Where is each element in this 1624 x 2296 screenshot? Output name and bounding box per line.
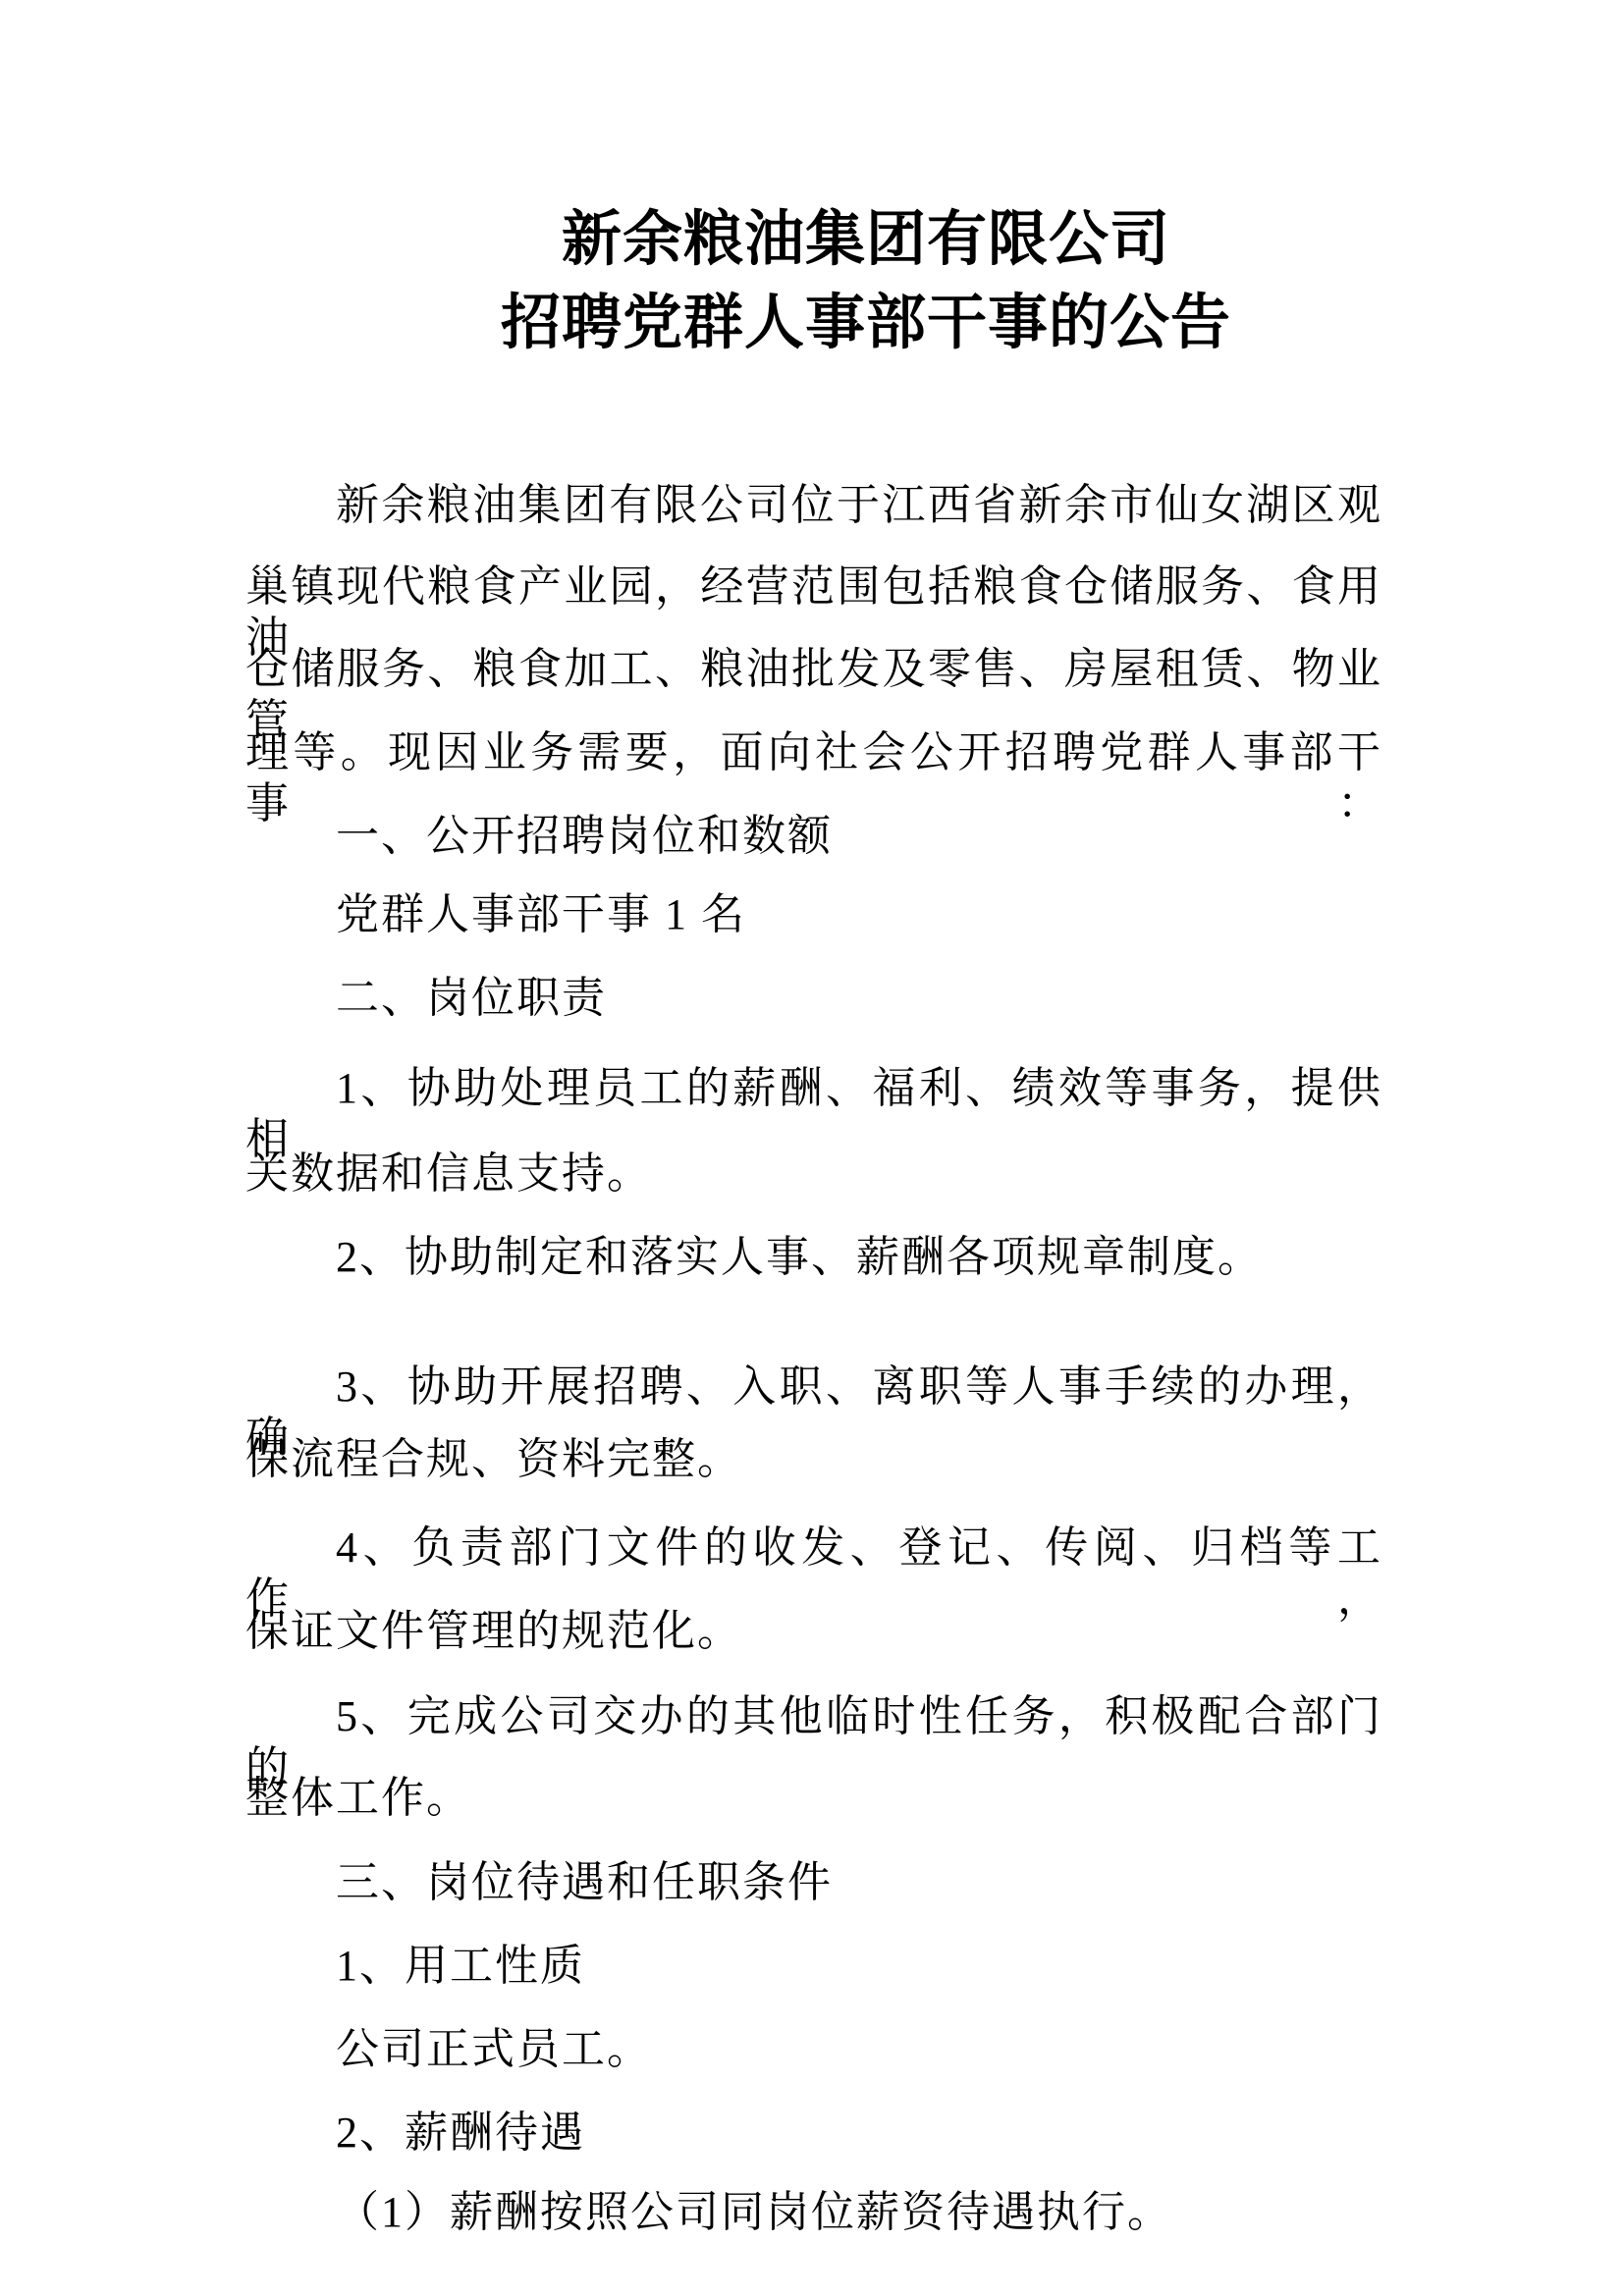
body-line-17: 三、岗位待遇和任职条件 bbox=[245, 1857, 1382, 1908]
body-line-21: （1）薪酬按照公司同岗位薪资待遇执行。 bbox=[245, 2187, 1382, 2238]
body-line-18: 1、用工性质 bbox=[245, 1941, 1382, 1992]
body-line-5: 一、公开招聘岗位和数额 bbox=[245, 811, 1382, 862]
body-line-14: 保证文件管理的规范化。 bbox=[245, 1606, 1382, 1657]
body-line-19: 公司正式员工。 bbox=[245, 2024, 1382, 2075]
body-line-7: 二、岗位职责 bbox=[245, 973, 1382, 1024]
body-line-16: 整体工作。 bbox=[245, 1773, 1382, 1824]
body-line-6: 党群人事部干事 1 名 bbox=[245, 889, 1382, 940]
document-title-line-1: 新余粮油集团有限公司 bbox=[298, 205, 1435, 276]
body-line-9: 关数据和信息支持。 bbox=[245, 1148, 1382, 1200]
document-page: 新余粮油集团有限公司 招聘党群人事部干事的公告 新余粮油集团有限公司位于江西省新… bbox=[0, 0, 1624, 2296]
document-title-line-2: 招聘党群人事部干事的公告 bbox=[298, 289, 1435, 359]
body-line-10: 2、协助制定和落实人事、薪酬各项规章制度。 bbox=[245, 1232, 1382, 1283]
body-line-20: 2、薪酬待遇 bbox=[245, 2108, 1382, 2159]
body-line-1: 新余粮油集团有限公司位于江西省新余市仙女湖区观 bbox=[245, 480, 1382, 531]
body-line-12: 保流程合规、资料完整。 bbox=[245, 1434, 1382, 1485]
